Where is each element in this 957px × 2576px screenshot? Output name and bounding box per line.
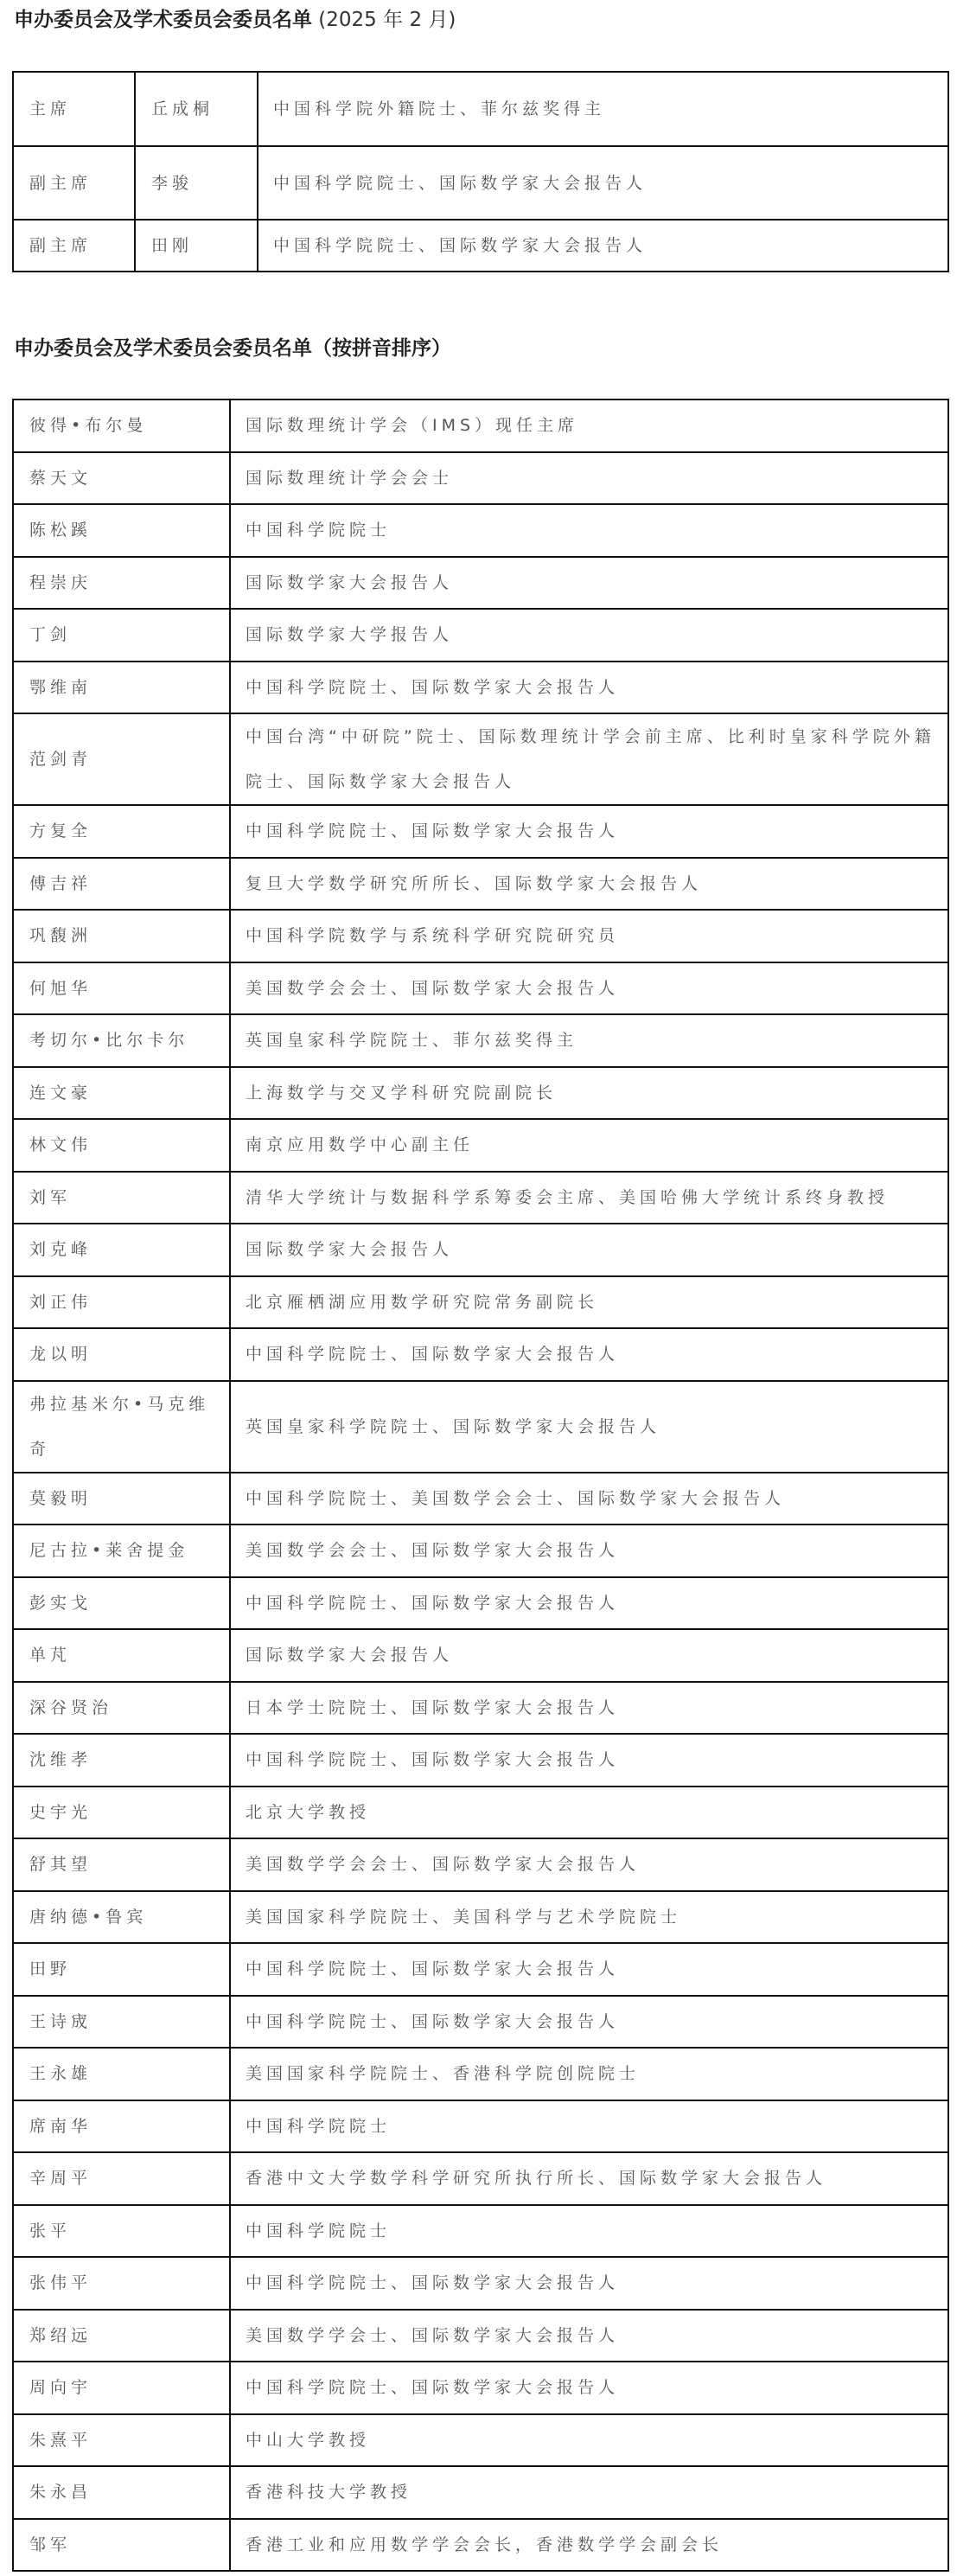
member-description-cell: 中国科学院院士 <box>230 504 948 557</box>
table-row: 丁剑国际数学家大学报告人 <box>13 609 948 662</box>
table-row: 鄂维南中国科学院院士、国际数学家大会报告人 <box>13 662 948 714</box>
table-row: 林文伟南京应用数学中心副主任 <box>13 1119 948 1172</box>
member-name-cell: 邹军 <box>13 2519 230 2572</box>
table-row: 周向宇中国科学院院士、国际数学家大会报告人 <box>13 2362 948 2414</box>
table-row: 单芃国际数学家大会报告人 <box>13 1629 948 1682</box>
member-name-cell: 史宇光 <box>13 1787 230 1839</box>
member-description-cell: 中国科学院院士、国际数学家大会报告人 <box>230 1734 948 1787</box>
table-row: 田野中国科学院院士、国际数学家大会报告人 <box>13 1943 948 1996</box>
table-row: 张平中国科学院院士 <box>13 2205 948 2258</box>
table-row: 朱永昌香港科技大学教授 <box>13 2466 948 2519</box>
table-row: 范剑青中国台湾“中研院”院士、国际数理统计学会前主席、比利时皇家科学院外籍院士、… <box>13 713 948 805</box>
members-table: 彼得•布尔曼国际数理统计学会（IMS）现任主席蔡天文国际数理统计学会会士陈松蹊中… <box>12 399 949 2572</box>
role-cell: 主席 <box>13 72 135 146</box>
table-row: 彼得•布尔曼国际数理统计学会（IMS）现任主席 <box>13 400 948 452</box>
member-name-cell: 蔡天文 <box>13 452 230 505</box>
member-name-cell: 彭实戈 <box>13 1577 230 1630</box>
name-cell: 李骏 <box>135 146 258 220</box>
member-name-cell: 傅吉祥 <box>13 858 230 911</box>
table-row: 莫毅明中国科学院院士、美国数学会会士、国际数学家大会报告人 <box>13 1473 948 1525</box>
member-name-cell: 王永雄 <box>13 2048 230 2100</box>
table-row: 连文豪上海数学与交叉学科研究院副院长 <box>13 1067 948 1120</box>
member-name-cell: 范剑青 <box>13 713 230 805</box>
member-name-cell: 陈松蹊 <box>13 504 230 557</box>
members-table-body: 彼得•布尔曼国际数理统计学会（IMS）现任主席蔡天文国际数理统计学会会士陈松蹊中… <box>13 400 948 2571</box>
table-row: 方复全中国科学院院士、国际数学家大会报告人 <box>13 805 948 858</box>
member-description-cell: 中国科学院院士、国际数学家大会报告人 <box>230 662 948 714</box>
table-row: 沈维孝中国科学院院士、国际数学家大会报告人 <box>13 1734 948 1787</box>
member-name-cell: 周向宇 <box>13 2362 230 2414</box>
table-row: 何旭华美国数学会会士、国际数学家大会报告人 <box>13 962 948 1015</box>
member-description-cell: 中国科学院院士、美国数学会会士、国际数学家大会报告人 <box>230 1473 948 1525</box>
table-row: 席南华中国科学院院士 <box>13 2100 948 2153</box>
table-row: 程崇庆国际数学家大会报告人 <box>13 557 948 610</box>
table-row: 彭实戈中国科学院院士、国际数学家大会报告人 <box>13 1577 948 1630</box>
heading-date: (2025 年 2 月) <box>312 9 456 31</box>
member-description-cell: 国际数学家大会报告人 <box>230 1224 948 1276</box>
member-description-cell: 国际数学家大会报告人 <box>230 557 948 610</box>
member-name-cell: 鄂维南 <box>13 662 230 714</box>
table-row: 考切尔•比尔卡尔英国皇家科学院院士、菲尔兹奖得主 <box>13 1014 948 1067</box>
member-description-cell: 英国皇家科学院院士、国际数学家大会报告人 <box>230 1381 948 1473</box>
member-description-cell: 中国台湾“中研院”院士、国际数理统计学会前主席、比利时皇家科学院外籍院士、国际数… <box>230 713 948 805</box>
member-description-cell: 美国数学会会士、国际数学家大会报告人 <box>230 962 948 1015</box>
table-row: 巩馥洲中国科学院数学与系统科学研究院研究员 <box>13 910 948 962</box>
member-description-cell: 中国科学院院士 <box>230 2205 948 2258</box>
table-row: 邹军香港工业和应用数学学会会长，香港数学学会副会长 <box>13 2519 948 2572</box>
member-description-cell: 北京雁栖湖应用数学研究院常务副院长 <box>230 1276 948 1329</box>
member-description-cell: 国际数理统计学会（IMS）现任主席 <box>230 400 948 452</box>
member-name-cell: 单芃 <box>13 1629 230 1682</box>
member-name-cell: 弗拉基米尔•马克维奇 <box>13 1381 230 1473</box>
description-cell: 中国科学院外籍院士、菲尔兹奖得主 <box>258 72 948 146</box>
member-description-cell: 香港工业和应用数学学会会长，香港数学学会副会长 <box>230 2519 948 2572</box>
member-name-cell: 沈维孝 <box>13 1734 230 1787</box>
member-description-cell: 美国国家科学院院士、香港科学院创院院士 <box>230 2048 948 2100</box>
table-row: 弗拉基米尔•马克维奇英国皇家科学院院士、国际数学家大会报告人 <box>13 1381 948 1473</box>
member-description-cell: 美国数学学会会士、国际数学家大会报告人 <box>230 1838 948 1891</box>
member-description-cell: 国际数学家大会报告人 <box>230 1629 948 1682</box>
member-description-cell: 中国科学院院士、国际数学家大会报告人 <box>230 1328 948 1381</box>
member-name-cell: 彼得•布尔曼 <box>13 400 230 452</box>
role-cell: 副主席 <box>13 146 135 220</box>
table-row: 唐纳德•鲁宾美国国家科学院院士、美国科学与艺术学院院士 <box>13 1891 948 1944</box>
table-row: 朱熹平中山大学教授 <box>13 2414 948 2467</box>
member-description-cell: 中国科学院院士、国际数学家大会报告人 <box>230 2362 948 2414</box>
member-description-cell: 美国数学会会士、国际数学家大会报告人 <box>230 1525 948 1577</box>
member-name-cell: 王诗宬 <box>13 1996 230 2049</box>
member-name-cell: 何旭华 <box>13 962 230 1015</box>
table-row: 郑绍远美国数学学会士、国际数学家大会报告人 <box>13 2310 948 2362</box>
member-name-cell: 莫毅明 <box>13 1473 230 1525</box>
member-description-cell: 清华大学统计与数据科学系筹委会主席、美国哈佛大学统计系终身教授 <box>230 1172 948 1224</box>
member-name-cell: 朱永昌 <box>13 2466 230 2519</box>
description-cell: 中国科学院院士、国际数学家大会报告人 <box>258 146 948 220</box>
table-row: 副主席 田刚 中国科学院院士、国际数学家大会报告人 <box>13 220 948 272</box>
table-row: 王永雄美国国家科学院院士、香港科学院创院院士 <box>13 2048 948 2100</box>
table-row: 主席 丘成桐 中国科学院外籍院士、菲尔兹奖得主 <box>13 72 948 146</box>
role-cell: 副主席 <box>13 220 135 272</box>
member-description-cell: 香港中文大学数学科学研究所执行所长、国际数学家大会报告人 <box>230 2152 948 2205</box>
table-row: 副主席 李骏 中国科学院院士、国际数学家大会报告人 <box>13 146 948 220</box>
member-name-cell: 朱熹平 <box>13 2414 230 2467</box>
name-cell: 田刚 <box>135 220 258 272</box>
member-description-cell: 国际数理统计学会会士 <box>230 452 948 505</box>
member-name-cell: 辛周平 <box>13 2152 230 2205</box>
member-name-cell: 林文伟 <box>13 1119 230 1172</box>
member-description-cell: 北京大学教授 <box>230 1787 948 1839</box>
table-row: 刘克峰国际数学家大会报告人 <box>13 1224 948 1276</box>
member-description-cell: 南京应用数学中心副主任 <box>230 1119 948 1172</box>
member-description-cell: 美国国家科学院院士、美国科学与艺术学院院士 <box>230 1891 948 1944</box>
members-heading: 申办委员会及学术委员会委员名单（按拼音排序） <box>14 332 451 361</box>
table-row: 刘正伟北京雁栖湖应用数学研究院常务副院长 <box>13 1276 948 1329</box>
table-row: 史宇光北京大学教授 <box>13 1787 948 1839</box>
table-row: 王诗宬中国科学院院士、国际数学家大会报告人 <box>13 1996 948 2049</box>
table-row: 傅吉祥复旦大学数学研究所所长、国际数学家大会报告人 <box>13 858 948 911</box>
heading-title: 申办委员会及学术委员会委员名单 <box>14 9 312 31</box>
leadership-heading: 申办委员会及学术委员会委员名单 (2025 年 2 月) <box>14 3 456 32</box>
member-description-cell: 香港科技大学教授 <box>230 2466 948 2519</box>
member-name-cell: 方复全 <box>13 805 230 858</box>
member-name-cell: 张平 <box>13 2205 230 2258</box>
member-name-cell: 席南华 <box>13 2100 230 2153</box>
member-name-cell: 深谷贤治 <box>13 1682 230 1735</box>
member-description-cell: 中国科学院数学与系统科学研究院研究员 <box>230 910 948 962</box>
member-description-cell: 中山大学教授 <box>230 2414 948 2467</box>
member-description-cell: 英国皇家科学院院士、菲尔兹奖得主 <box>230 1014 948 1067</box>
table-row: 刘军清华大学统计与数据科学系筹委会主席、美国哈佛大学统计系终身教授 <box>13 1172 948 1224</box>
name-cell: 丘成桐 <box>135 72 258 146</box>
member-name-cell: 尼古拉•莱舍提金 <box>13 1525 230 1577</box>
member-name-cell: 刘克峰 <box>13 1224 230 1276</box>
leadership-table: 主席 丘成桐 中国科学院外籍院士、菲尔兹奖得主 副主席 李骏 中国科学院院士、国… <box>12 71 949 272</box>
member-description-cell: 复旦大学数学研究所所长、国际数学家大会报告人 <box>230 858 948 911</box>
member-description-cell: 日本学士院院士、国际数学家大会报告人 <box>230 1682 948 1735</box>
member-name-cell: 程崇庆 <box>13 557 230 610</box>
member-description-cell: 上海数学与交叉学科研究院副院长 <box>230 1067 948 1120</box>
member-name-cell: 郑绍远 <box>13 2310 230 2362</box>
description-cell: 中国科学院院士、国际数学家大会报告人 <box>258 220 948 272</box>
table-row: 尼古拉•莱舍提金美国数学会会士、国际数学家大会报告人 <box>13 1525 948 1577</box>
table-row: 辛周平香港中文大学数学科学研究所执行所长、国际数学家大会报告人 <box>13 2152 948 2205</box>
member-name-cell: 唐纳德•鲁宾 <box>13 1891 230 1944</box>
member-description-cell: 中国科学院院士、国际数学家大会报告人 <box>230 1943 948 1996</box>
member-description-cell: 国际数学家大学报告人 <box>230 609 948 662</box>
member-description-cell: 中国科学院院士 <box>230 2100 948 2153</box>
member-description-cell: 美国数学学会士、国际数学家大会报告人 <box>230 2310 948 2362</box>
member-name-cell: 田野 <box>13 1943 230 1996</box>
table-row: 深谷贤治日本学士院院士、国际数学家大会报告人 <box>13 1682 948 1735</box>
member-name-cell: 考切尔•比尔卡尔 <box>13 1014 230 1067</box>
member-name-cell: 刘正伟 <box>13 1276 230 1329</box>
member-description-cell: 中国科学院院士、国际数学家大会报告人 <box>230 1577 948 1630</box>
table-row: 龙以明中国科学院院士、国际数学家大会报告人 <box>13 1328 948 1381</box>
member-name-cell: 刘军 <box>13 1172 230 1224</box>
member-description-cell: 中国科学院院士、国际数学家大会报告人 <box>230 2257 948 2310</box>
table-row: 张伟平中国科学院院士、国际数学家大会报告人 <box>13 2257 948 2310</box>
member-description-cell: 中国科学院院士、国际数学家大会报告人 <box>230 1996 948 2049</box>
table-row: 蔡天文国际数理统计学会会士 <box>13 452 948 505</box>
member-name-cell: 巩馥洲 <box>13 910 230 962</box>
table-row: 陈松蹊中国科学院院士 <box>13 504 948 557</box>
member-description-cell: 中国科学院院士、国际数学家大会报告人 <box>230 805 948 858</box>
member-name-cell: 龙以明 <box>13 1328 230 1381</box>
member-name-cell: 连文豪 <box>13 1067 230 1120</box>
table-row: 舒其望美国数学学会会士、国际数学家大会报告人 <box>13 1838 948 1891</box>
member-name-cell: 丁剑 <box>13 609 230 662</box>
member-name-cell: 舒其望 <box>13 1838 230 1891</box>
member-name-cell: 张伟平 <box>13 2257 230 2310</box>
